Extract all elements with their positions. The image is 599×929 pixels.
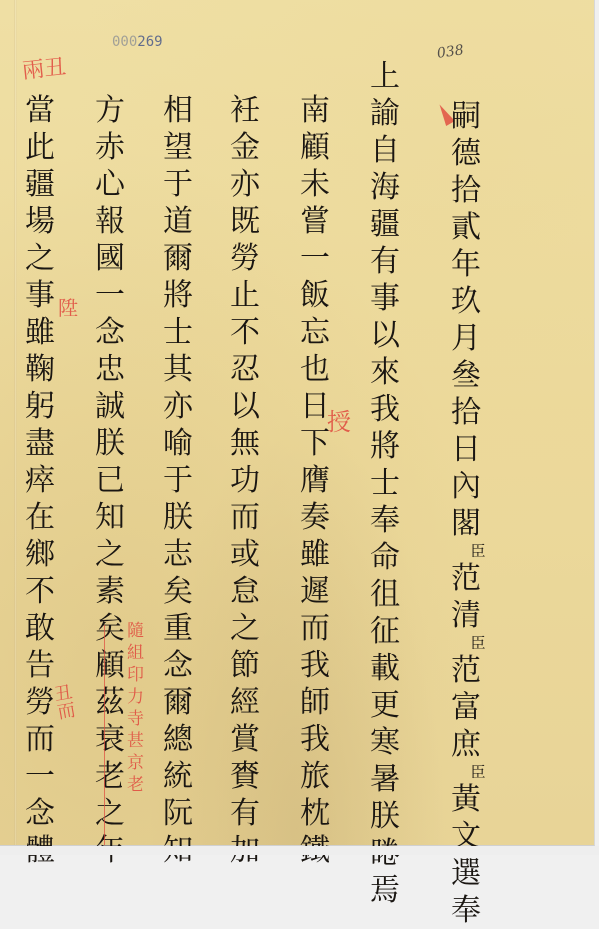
text-char: 徂 bbox=[365, 576, 405, 613]
text-char: 報 bbox=[90, 203, 130, 240]
text-char: 望 bbox=[158, 129, 198, 166]
text-char: 喻 bbox=[158, 425, 198, 462]
text-char: 暑 bbox=[365, 761, 405, 798]
text-char: 閣 bbox=[446, 505, 486, 542]
text-char: 念 bbox=[90, 314, 130, 351]
text-char: 奉 bbox=[365, 502, 405, 539]
text-char: 一 bbox=[90, 277, 130, 314]
text-char: 德 bbox=[446, 135, 486, 172]
text-char: 諭 bbox=[365, 95, 405, 132]
text-char: 富 bbox=[446, 689, 486, 726]
text-char: 節 bbox=[225, 647, 265, 684]
text-char: 將 bbox=[365, 428, 405, 465]
text-char: 亦 bbox=[158, 388, 198, 425]
text-char: 以 bbox=[365, 317, 405, 354]
text-char: 雖 bbox=[295, 536, 335, 573]
text-char: 告 bbox=[20, 647, 60, 684]
archive-number-suffix: 269 bbox=[137, 34, 162, 50]
text-char: 以 bbox=[225, 388, 265, 425]
text-char: 茲 bbox=[90, 684, 130, 721]
text-column: 嗣德拾貳年玖月叄拾日內閣臣范清臣范富庶臣黃文選奉 bbox=[445, 98, 487, 855]
text-column: 相望于道爾將士其亦喻于朕志矣重念爾總統阮知 bbox=[158, 92, 198, 855]
text-char: 膺 bbox=[295, 462, 335, 499]
text-char: 我 bbox=[295, 721, 335, 758]
text-char: 命 bbox=[365, 539, 405, 576]
text-char: 矣 bbox=[158, 573, 198, 610]
red-annotation-char: 隨 bbox=[127, 620, 144, 642]
text-char: 于 bbox=[158, 166, 198, 203]
text-char: 爾 bbox=[158, 240, 198, 277]
text-char: 在 bbox=[20, 499, 60, 536]
text-char: 月 bbox=[446, 320, 486, 357]
text-char: 叄 bbox=[446, 357, 486, 394]
text-char: 賞 bbox=[225, 721, 265, 758]
text-char: 我 bbox=[295, 647, 335, 684]
text-char: 爾 bbox=[158, 684, 198, 721]
text-char: 寒 bbox=[365, 724, 405, 761]
text-char: 不 bbox=[225, 314, 265, 351]
text-column: 當此疆場之事雖鞠躬盡瘁在鄉不敢告勞而一念體 bbox=[20, 92, 60, 855]
text-char: 臣 bbox=[469, 763, 487, 781]
text-char: 臣 bbox=[469, 634, 487, 652]
red-annotation-top-left: 兩丑 bbox=[21, 50, 68, 85]
red-annotation-col6-side: 隨組印力寺甚京老 bbox=[127, 620, 144, 796]
text-char: 嗣 bbox=[446, 98, 486, 135]
text-char: 飯 bbox=[295, 277, 335, 314]
text-char: 功 bbox=[225, 462, 265, 499]
text-char: 內 bbox=[446, 468, 486, 505]
text-char: 嘗 bbox=[295, 203, 335, 240]
folio-number: 038 bbox=[436, 42, 465, 62]
text-column: 南顧未嘗一飯忘也日下膺奏雖遲而我師我旅枕鐵 bbox=[295, 92, 335, 855]
text-char: 事 bbox=[365, 280, 405, 317]
text-char: 拾 bbox=[446, 394, 486, 431]
text-char: 之 bbox=[20, 240, 60, 277]
text-char: 范 bbox=[446, 560, 486, 597]
text-char: 衰 bbox=[90, 721, 130, 758]
text-char: 年 bbox=[446, 246, 486, 283]
text-char: 相 bbox=[158, 92, 198, 129]
text-char: 一 bbox=[295, 240, 335, 277]
text-char: 場 bbox=[20, 203, 60, 240]
text-column: 衽金亦既勞止不忍以無功而或怠之節經賞賚有加 bbox=[225, 92, 265, 855]
text-char: 阮 bbox=[158, 795, 198, 832]
archive-number-stamp: 000269 bbox=[112, 34, 163, 50]
text-char: 日 bbox=[446, 431, 486, 468]
red-annotation-char: 寺 bbox=[127, 708, 144, 730]
red-annotation-char: 老 bbox=[127, 774, 144, 796]
text-char: 已 bbox=[90, 462, 130, 499]
text-char: 旅 bbox=[295, 758, 335, 795]
text-char: 朕 bbox=[90, 425, 130, 462]
text-char: 怠 bbox=[225, 573, 265, 610]
text-char: 重 bbox=[158, 610, 198, 647]
text-char: 我 bbox=[365, 391, 405, 428]
text-char: 忍 bbox=[225, 351, 265, 388]
text-char: 而 bbox=[295, 610, 335, 647]
text-char: 枕 bbox=[295, 795, 335, 832]
text-char: 顧 bbox=[90, 647, 130, 684]
text-char: 朕 bbox=[365, 798, 405, 835]
text-char: 念 bbox=[20, 795, 60, 832]
text-char: 不 bbox=[20, 573, 60, 610]
text-char: 一 bbox=[20, 758, 60, 795]
text-char: 朕 bbox=[158, 499, 198, 536]
text-char: 志 bbox=[158, 536, 198, 573]
text-char: 老 bbox=[90, 758, 130, 795]
text-char: 既 bbox=[225, 203, 265, 240]
red-annotation-char: 組 bbox=[127, 642, 144, 664]
red-annotation-char: 甚 bbox=[127, 730, 144, 752]
text-char: 拾 bbox=[446, 172, 486, 209]
text-char: 賚 bbox=[225, 758, 265, 795]
text-char: 士 bbox=[365, 465, 405, 502]
text-char: 當 bbox=[20, 92, 60, 129]
text-char: 自 bbox=[365, 132, 405, 169]
text-char: 盡 bbox=[20, 425, 60, 462]
text-char: 之 bbox=[225, 610, 265, 647]
text-char: 素 bbox=[90, 573, 130, 610]
text-char: 或 bbox=[225, 536, 265, 573]
text-char: 庶 bbox=[446, 726, 486, 763]
text-char: 遲 bbox=[295, 573, 335, 610]
text-char: 赤 bbox=[90, 129, 130, 166]
text-char: 知 bbox=[90, 499, 130, 536]
text-char: 玖 bbox=[446, 283, 486, 320]
red-annotation-col3-side: 授 bbox=[327, 402, 351, 437]
text-char: 方 bbox=[90, 92, 130, 129]
text-char: 于 bbox=[158, 462, 198, 499]
text-char: 其 bbox=[158, 351, 198, 388]
archive-number-prefix: 000 bbox=[112, 34, 137, 50]
text-char: 亦 bbox=[225, 166, 265, 203]
text-char: 來 bbox=[365, 354, 405, 391]
text-char: 勞 bbox=[225, 240, 265, 277]
text-char: 南 bbox=[295, 92, 335, 129]
red-annotation-char: 京 bbox=[127, 752, 144, 774]
text-char: 奏 bbox=[295, 499, 335, 536]
document-page: 000269 038 嗣德拾貳年玖月叄拾日內閣臣范清臣范富庶臣黃文選奉上諭自海疆… bbox=[0, 0, 595, 846]
text-char: 矣 bbox=[90, 610, 130, 647]
text-char: 征 bbox=[365, 613, 405, 650]
text-char: 之 bbox=[90, 795, 130, 832]
paper-fold-line bbox=[14, 0, 17, 845]
text-char: 事 bbox=[20, 277, 60, 314]
text-char: 黃 bbox=[446, 781, 486, 818]
text-char: 瘁 bbox=[20, 462, 60, 499]
text-char: 而 bbox=[225, 499, 265, 536]
text-char: 海 bbox=[365, 169, 405, 206]
text-char: 忘 bbox=[295, 314, 335, 351]
text-char: 道 bbox=[158, 203, 198, 240]
text-char: 載 bbox=[365, 650, 405, 687]
text-char: 念 bbox=[158, 647, 198, 684]
text-char: 未 bbox=[295, 166, 335, 203]
text-char: 更 bbox=[365, 687, 405, 724]
red-guide-line bbox=[104, 625, 105, 845]
text-char: 有 bbox=[225, 795, 265, 832]
red-annotation-char: 力 bbox=[127, 686, 144, 708]
text-char: 而 bbox=[20, 721, 60, 758]
text-char: 心 bbox=[90, 166, 130, 203]
text-char: 躬 bbox=[20, 388, 60, 425]
text-char: 無 bbox=[225, 425, 265, 462]
text-char: 國 bbox=[90, 240, 130, 277]
text-char: 將 bbox=[158, 277, 198, 314]
text-char: 誠 bbox=[90, 388, 130, 425]
text-char: 疆 bbox=[20, 166, 60, 203]
text-column: 上諭自海疆有事以來我將士奉命徂征載更寒暑朕睠焉 bbox=[365, 58, 405, 855]
text-char: 顧 bbox=[295, 129, 335, 166]
red-annotation-char: 印 bbox=[127, 664, 144, 686]
text-char: 范 bbox=[446, 652, 486, 689]
viewer-bottom-strip bbox=[0, 846, 599, 855]
text-char: 士 bbox=[158, 314, 198, 351]
red-annotation-left-mid: 陞 bbox=[58, 292, 78, 321]
text-char: 總 bbox=[158, 721, 198, 758]
text-char: 衽 bbox=[225, 92, 265, 129]
text-char: 經 bbox=[225, 684, 265, 721]
text-char: 貳 bbox=[446, 209, 486, 246]
text-char: 上 bbox=[365, 58, 405, 95]
text-char: 師 bbox=[295, 684, 335, 721]
text-column: 方赤心報國一念忠誠朕已知之素矣顧茲衰老之年 bbox=[90, 92, 130, 855]
text-char: 清 bbox=[446, 597, 486, 634]
text-char: 金 bbox=[225, 129, 265, 166]
text-char: 此 bbox=[20, 129, 60, 166]
text-char: 忠 bbox=[90, 351, 130, 388]
text-char: 也 bbox=[295, 351, 335, 388]
text-char: 之 bbox=[90, 536, 130, 573]
text-char: 臣 bbox=[469, 542, 487, 560]
text-char: 統 bbox=[158, 758, 198, 795]
text-char: 疆 bbox=[365, 206, 405, 243]
text-char: 雖 bbox=[20, 314, 60, 351]
text-char: 敢 bbox=[20, 610, 60, 647]
text-char: 止 bbox=[225, 277, 265, 314]
text-char: 有 bbox=[365, 243, 405, 280]
text-char: 鄉 bbox=[20, 536, 60, 573]
text-char: 鞠 bbox=[20, 351, 60, 388]
